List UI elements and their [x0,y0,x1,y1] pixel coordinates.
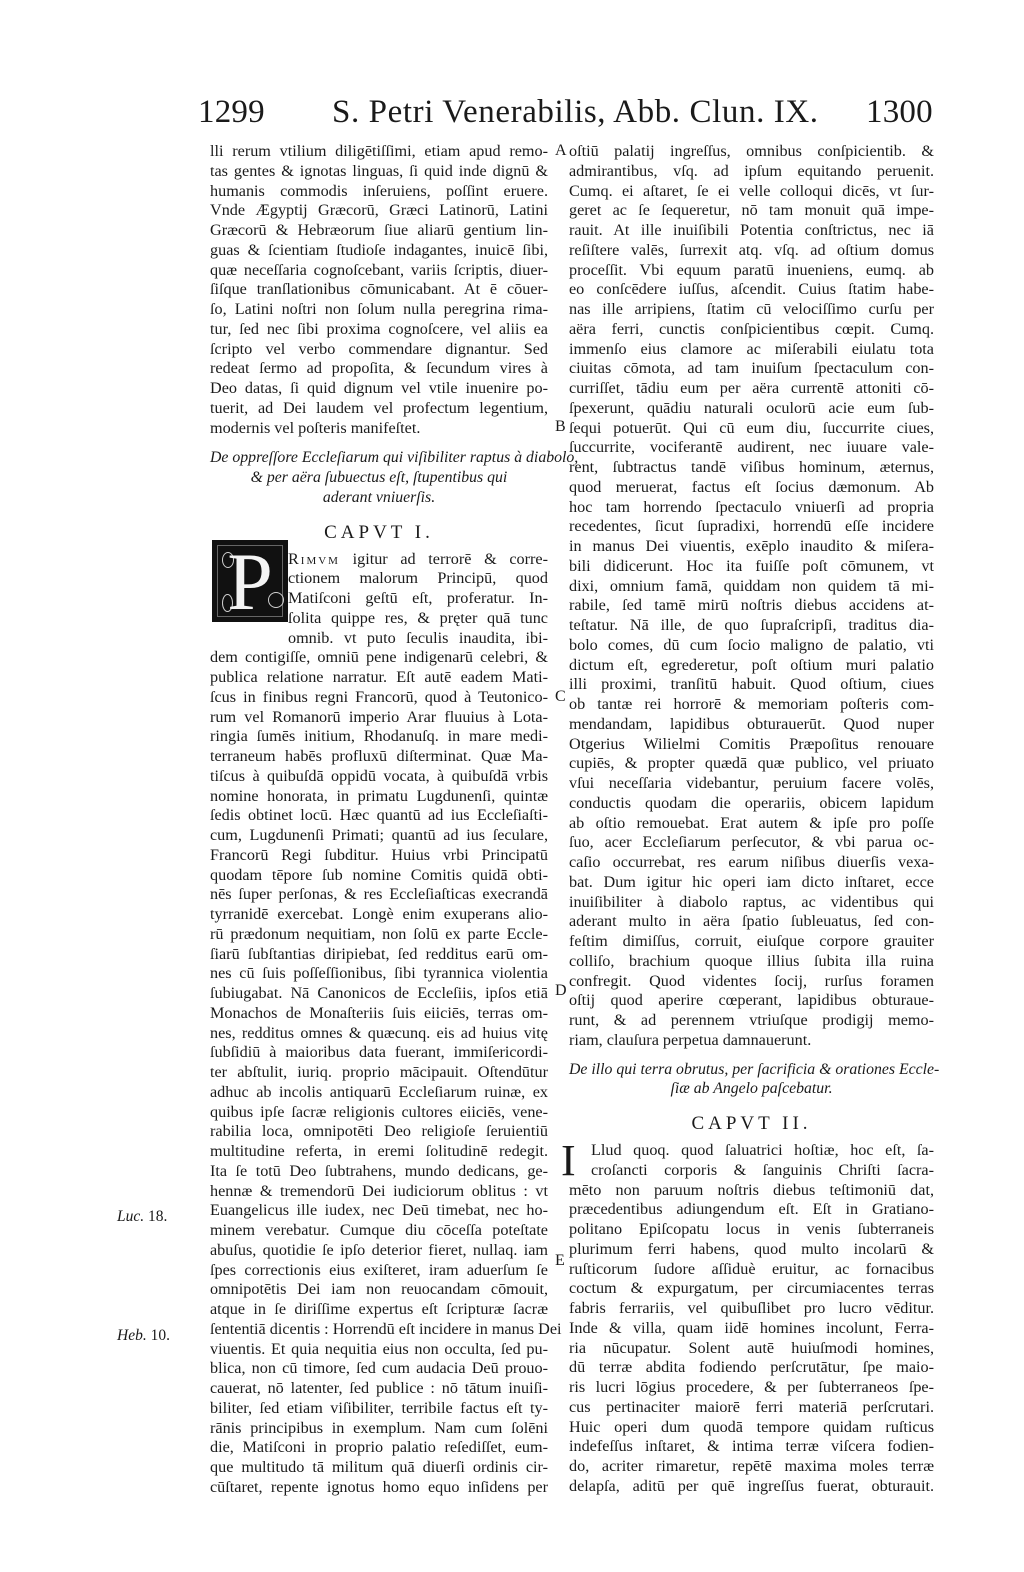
text-line: curriſſet, tādiu eum per aëra currentē a… [569,379,934,399]
text-line: redeat ſermo ad propoſita, & ſecundum vi… [210,359,548,379]
initial-letter-i: I [561,1141,576,1181]
text-line: rānis principibus in exemplum. Nam cum ſ… [210,1419,548,1439]
page-number-right: 1300 [866,92,933,132]
rubric-line: De illo qui terra obrutus, per ſacrifici… [569,1060,934,1080]
section-marker-e: E [555,1252,565,1270]
text-line: aëra ferri, cunctis conſpicientibus cœpi… [569,320,934,340]
chapter-2-heading: CAPVT II. [569,1099,934,1141]
text-line: ſo, Latini noſtri non ſolum nulla peregr… [210,300,548,320]
text-line: humanis commodis inſeruiens, poſſint eru… [210,182,548,202]
text-line: omnipotētis Dei iam non reuocandam cōmou… [210,1280,548,1300]
sidenote-ref: Luc. [117,1208,144,1225]
text-line: rabilia loca, omnipotēti Deo religioſe ſ… [210,1122,548,1142]
text-line: eo conſcēdere iuſſus, aſcendit. Cuius ſt… [569,280,934,300]
text-line: tas gentes & ignotas linguas, ſi quid in… [210,162,548,182]
text-line: abuſus, quotidie ſe ipſo deterior fieret… [210,1241,548,1261]
chapter-1-continuation: oſtiū palatij ingreſſus, omnibus conſpic… [569,142,934,1051]
text-line: mēto non paruum noſtris diebus teſtimoni… [569,1181,934,1201]
text-line: colliſo, brachium quoque illius ſubita i… [569,952,934,972]
sidenote-num: 18. [148,1208,167,1225]
text-line: ſcripto vel verbo commendare dignantur. … [210,340,548,360]
section-marker-b: B [555,418,566,436]
page-number-left: 1299 [198,92,265,132]
text-line: ſcus in finibus regni Francorū, quod à T… [210,688,548,708]
text-line: fabris ferrariis, vel quibuſlibet pro lu… [569,1299,934,1319]
text-line: vſui neceſſaria videbantur, peruium face… [569,774,934,794]
chapter-2-text: I Llud quoq. quod ſaluatrici hoſtiæ, hoc… [569,1141,934,1497]
text-line: ria nūcupatur. Solent autē huiuſmodi hom… [569,1339,934,1359]
text-line: tuerit, ad Dei laudem vel profectum lege… [210,399,548,419]
text-span: igitur ad terrorē & corre- [340,550,548,568]
text-line: riam, clauſura perpetua damnauerunt. [569,1031,934,1051]
text-line: multitudine referta, in eremi ſolitudinē… [210,1142,548,1162]
text-line: immenſo eius clamore ac miſerabili eiula… [569,340,934,360]
sidenote-luke: Luc. 18. [117,1208,167,1226]
text-line: do, acriter rimaretur, repētē maxima mol… [569,1457,934,1477]
running-title: S. Petri Venerabilis, Abb. Clun. IX. [332,92,819,132]
text-line: adhuc ab incolis antiquarū Eccleſiarum r… [210,1083,548,1103]
text-line: dem contigiſſe, omniū pene indigenarū ce… [210,648,548,668]
text-line: mendandam, lapidibus obturauerūt. Quod n… [569,715,934,735]
text-line: ob tantæ rei horrorē & memoriam poſteris… [569,695,934,715]
text-line: Huic operi dum quodā tempore quidam ruſt… [569,1418,934,1438]
section-marker-c: C [555,688,566,706]
text-line: croſancti corporis & ſanguinis Chriſti ſ… [569,1161,934,1181]
text-line: oſtij quod aperire cœperant, lapidibus o… [569,991,934,1011]
text-line: rum vel Romanorū imperio Arar fluuius à … [210,708,548,728]
text-line: ſubſidiū à maioribus data fuerant, immiſ… [210,1043,548,1063]
rubric-line: ſiæ ab Angelo paſcebatur. [569,1079,934,1099]
text-line: atque in ſe diriſſime expertus eſt ſcrip… [210,1300,548,1320]
text-line: terraneum habēs profluxū diſterminat. Qu… [210,747,548,767]
section-marker-a: A [555,142,567,160]
text-line: dū terræ abdita fodiendo perſcrutātur, ſ… [569,1358,934,1378]
text-line: ter abſtulit, iuriq. proprio mācipauit. … [210,1063,548,1083]
text-line: proceſſit. Vbi equum paratū inueniens, e… [569,261,934,281]
text-line: hoc tam horrendo ſpectaculo vniuerſi ad … [569,498,934,518]
section-marker-d: D [555,982,567,1000]
text-line: blica, non cū timore, ſed cum audacia De… [210,1359,548,1379]
chapter-1-text: Rimvm igitur ad terrorē & corre- ctionem… [210,550,548,1498]
text-line: feſtim dimiſſus, corruit, eiuſque corpor… [569,932,934,952]
text-line: caſio occurrebat, res earum niſibus diue… [569,853,934,873]
text-line: Vnde Ægyptij Græcorū, Græci Latinorū, La… [210,201,548,221]
text-line: Ita ſe totū Deo ſubtrahens, mundo dedica… [210,1162,548,1182]
text-line: ſiarū ſubſtantias diripiebat, ſed reddit… [210,945,548,965]
chapter-1-rubric: De oppreſſore Eccleſiarum qui viſibilite… [210,448,548,507]
text-line: hennæ & tremendorū Dei iudiciorum oblitu… [210,1182,548,1202]
text-line: omnib. vt puto ſeculis inaudita, ibi- [210,629,548,649]
text-line: que multitudo tā militum quā diuerſi ord… [210,1458,548,1478]
text-line: Llud quoq. quod ſaluatrici hoſtiæ, hoc e… [569,1141,934,1161]
text-line: ſubiugabat. Nā Canonicos de Eccleſiis, i… [210,984,548,1004]
text-line: ringia ſumēs initium, Rhodanuſq. in mare… [210,727,548,747]
text-line: Otgerius Wilielmi Comitis Præpoſitus ren… [569,735,934,755]
text-line: in manus Dei viuentis, exēplo inaudito &… [569,537,934,557]
text-line: nēs ſuper perſonas, & res Eccleſiaſticas… [210,885,548,905]
text-line: ſedis obtinet locū. Hæc quantū ad ius Ec… [210,806,548,826]
text-line: teſtatur. Nā ille, de quo ſupraſcripſi, … [569,616,934,636]
text-line: dictum eſt, egrederetur, poſt oſtium mur… [569,656,934,676]
text-line: cum, Lugdunenſi Primati; quantū ad ius ſ… [210,826,548,846]
text-line: inuiſibiliter à diabolo raptus, ac viden… [569,893,934,913]
chapter-2-rubric: De illo qui terra obrutus, per ſacrifici… [569,1060,934,1100]
text-line: nes cū ſuis poſſeſſionibus, ſibi tyranni… [210,964,548,984]
text-line: rū prædonum nequitiam, non ſolū ex parte… [210,925,548,945]
text-line: quodam tēpore ſub nomine Comitis quidā o… [210,866,548,886]
text-line: bili didicerunt. Hoc ita fuiſſe poſt cōm… [569,557,934,577]
text-line: minem verebatur. Cumque diu cōceſſa pote… [210,1221,548,1241]
text-line: rent, ſubtractus tandē viſibus hominum, … [569,458,934,478]
text-line: ciuitas cōmota, ad tam inuiſum ſpectacul… [569,359,934,379]
sidenote-num: 10. [151,1327,170,1344]
text-line: ſuccurrite, vociferantē audirent, nec iu… [569,438,934,458]
text-line: admirantibus, vſq. ad ipſum equitando pe… [569,162,934,182]
text-line: ſpes correctionis eius exiſteret, iram a… [210,1261,548,1281]
text-line: biliter, ſed etiam viſibiliter, terribil… [210,1399,548,1419]
text-line: indefeſſus inſtaret, & intima terræ viſc… [569,1437,934,1457]
text-line: publica relatione narratur. Eſt autē ead… [210,668,548,688]
text-line: plurimum ferri habens, quod multo incola… [569,1240,934,1260]
text-line: tyrranidē exercebat. Longè enim exuperan… [210,905,548,925]
text-line: quæ neceſſaria cognoſcebant, variis ſcri… [210,261,548,281]
text-line: ſequi potuerūt. Qui cū eum diu, ſuccurri… [569,419,934,439]
text-line: bolo comes, dū cum ſocio maligno de pala… [569,636,934,656]
sidenote-hebrews: Heb. 10. [117,1327,170,1345]
text-line: aderant multo in aëra ſpatio ſubleuatus,… [569,912,934,932]
decorated-initial-p: P [212,540,288,622]
text-line: Monachos de Monaſteriis ſuis eiiciēs, te… [210,1004,548,1024]
text-line: tiſcus à quibuſdā oppidū vocata, à quibu… [210,767,548,787]
text-line: ris lucri lōgius procedere, & per ſubter… [569,1378,934,1398]
text-line: illi proximi, tranſitū habuit. Quod oſti… [569,675,934,695]
text-line: ſiſque tranſlationibus cōmunicabant. At … [210,280,548,300]
text-line: reſiſtere valēs, ſurrexit atq. vſq. ad o… [569,241,934,261]
text-line: cus pertinaciter maiorē ferri materiā pe… [569,1398,934,1418]
text-line: politano Epiſcopatu locus in venis ſubte… [569,1220,934,1240]
text-line: Inde & villa, quam iidē homines incolunt… [569,1319,934,1339]
text-line: ſuo, acer Eccleſiarum perſecutor, & vbi … [569,833,934,853]
text-line: nas ille arripiens, ſtatim cū velociſſim… [569,300,934,320]
text-line: Euangelicus ille iudex, nec Deū timebat,… [210,1201,548,1221]
opening-paragraph: lli rerum vtilium diligētiſſimi, etiam a… [210,142,548,438]
text-line: viuentis. Et quia nequitia eius non occu… [210,1340,548,1360]
rubric-line: De oppreſſore Eccleſiarum qui viſibilite… [210,448,548,468]
rubric-line: aderant vniuerſis. [210,488,548,508]
text-line: tur, ſed nec ſibi proxima cognoſcere, ve… [210,320,548,340]
text-line: quod meruerat, factus eſt ſocius dæmonum… [569,478,934,498]
scripture-quote-line: ſententiā dicentis : Horrendū eſt incide… [210,1320,548,1340]
text-line: nes, redditus omnes & quæcunq. eis ad hu… [210,1024,548,1044]
opening-word: Rimvm [288,550,340,568]
text-line: recedentes, ſicut ſupradixi, horrendū eſ… [569,517,934,537]
text-line: ab oſtio remouebat. Erat autem & ipſe pr… [569,814,934,834]
left-column: lli rerum vtilium diligētiſſimi, etiam a… [210,142,548,1498]
text-line: præcedentibus adiungendum eſt. Eſt in Gr… [569,1200,934,1220]
text-line: cūſtaret, repente ignotus homo equo inſi… [210,1478,548,1498]
text-line: Græcorū & Hebræorum ſiue aliarū gentium … [210,221,548,241]
text-line: cupiēs, & propter quædā quæ publico, vel… [569,754,934,774]
text-line: runt, & ad perennem vtriuſque prodigij m… [569,1011,934,1031]
text-line: oſtiū palatij ingreſſus, omnibus conſpic… [569,142,934,162]
text-line: Deo datas, ſi quid dignum vel vtile inue… [210,379,548,399]
initial-letter: P [214,544,286,620]
text-line: cauerat, nō latenter, ſed publice : nō t… [210,1379,548,1399]
text-line: coctum & expurgatum, per circumiacentes … [569,1279,934,1299]
text-line: modernis vel poſteris manifeſtet. [210,419,548,439]
right-column: oſtiū palatij ingreſſus, omnibus conſpic… [569,142,934,1497]
sidenote-ref: Heb. [117,1327,147,1344]
text-line: confregit. Quod videntes ſocij, rurſus f… [569,972,934,992]
text-line: lli rerum vtilium diligētiſſimi, etiam a… [210,142,548,162]
text-line: dixi, omnium famā, quiddam non quidem tā… [569,577,934,597]
text-line: rabile, ſed tamē mirū noſtris diebus acc… [569,596,934,616]
text-line: Francorū Regi ſubditur. Huius vrbi Princ… [210,846,548,866]
text-line: ruſticorum ſudore aſſiduè eruitur, ac fo… [569,1260,934,1280]
text-line: Cumq. ei aſtaret, ſe ei velle colloqui d… [569,182,934,202]
text-line: geret ac ſe ſequeretur, nō tam monuit qu… [569,201,934,221]
text-line: bat. Dum igitur hic operi iam dicto inſt… [569,873,934,893]
text-line: conductis quodam die operariis, obicem l… [569,794,934,814]
text-line: rauit. At ille inuiſibili Potentia conſt… [569,221,934,241]
text-line: die, Matiſconi in proprio palatio reſedi… [210,1438,548,1458]
rubric-line: & per aëra ſubuectus eſt, ſtupentibus qu… [210,468,548,488]
text-line: guas & ſcientiam ſtudioſe indagantes, in… [210,241,548,261]
text-line: ſpexerunt, quādiu naturali oculorū acie … [569,399,934,419]
text-line: nomine honorata, in primatu Lugdunenſi, … [210,787,548,807]
text-line: delapſa, aditū per quē ingreſſus fuerat,… [569,1477,934,1497]
text-line: quibus ipſe ſacræ religionis cultores ei… [210,1103,548,1123]
